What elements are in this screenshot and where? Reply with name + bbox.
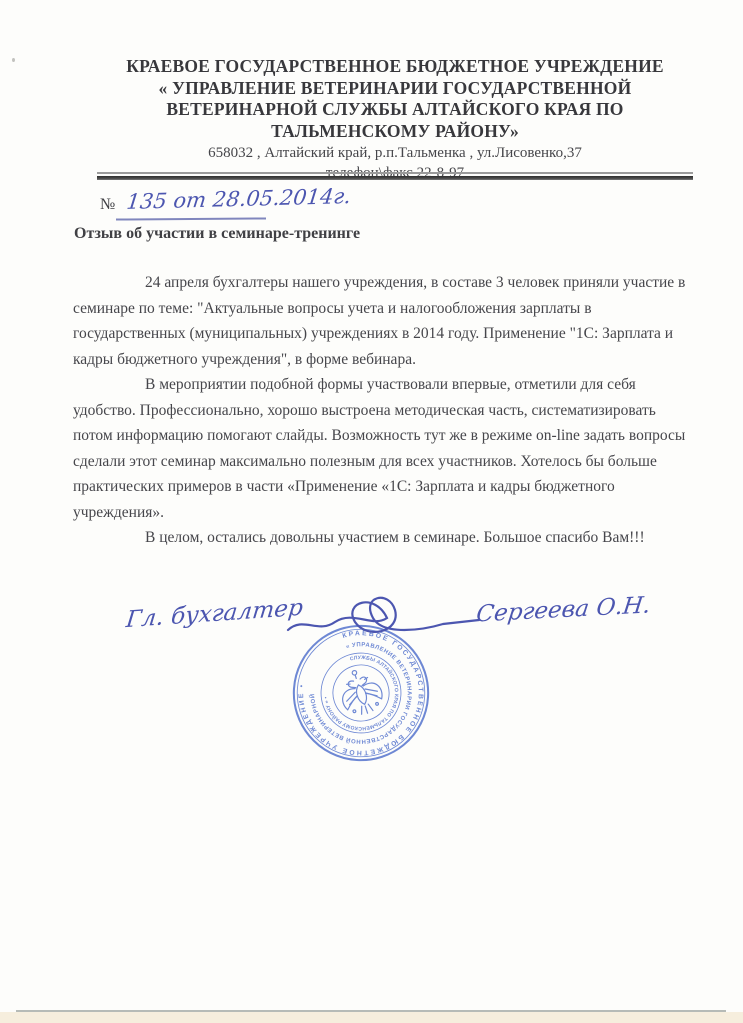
signature-role-handwritten: Гл. бухгалтер: [125, 595, 304, 633]
org-name-line-2: « УПРАВЛЕНИЕ ВЕТЕРИНАРИИ ГОСУДАРСТВЕННОЙ: [85, 78, 705, 100]
letter-body: 24 апреля бухгалтеры нашего учреждения, …: [73, 270, 695, 551]
body-paragraph-1: 24 апреля бухгалтеры нашего учреждения, …: [73, 270, 695, 372]
subject-title: Отзыв об участии в семинаре-тренинге: [74, 225, 360, 243]
body-paragraph-2: В мероприятии подобной формы участвовали…: [73, 372, 695, 525]
scan-speck: [12, 58, 15, 62]
scan-background-strip: [0, 1012, 743, 1023]
body-paragraph-3: В целом, остались довольны участием в се…: [73, 525, 695, 551]
org-name-line-3: ВЕТЕРИНАРНОЙ СЛУЖБЫ АЛТАЙСКОГО КРАЯ ПО: [85, 99, 705, 121]
doc-number-handwritten: 135 от 28.05.2014г.: [125, 184, 352, 214]
address-line: 658032 , Алтайский край, р.п.Тальменка ,…: [85, 144, 705, 162]
org-name-line-4: ТАЛЬМЕНСКОМУ РАЙОНУ»: [85, 121, 705, 143]
letterhead-divider: [97, 172, 693, 180]
eagle-icon: [335, 664, 387, 719]
letterhead: КРАЕВОЕ ГОСУДАРСТВЕННОЕ БЮДЖЕТНОЕ УЧРЕЖД…: [85, 56, 705, 182]
divider-thick-line: [97, 176, 693, 180]
doc-number-label: №: [100, 196, 115, 214]
org-name-line-1: КРАЕВОЕ ГОСУДАРСТВЕННОЕ БЮДЖЕТНОЕ УЧРЕЖД…: [85, 56, 705, 78]
scanned-letter-page: КРАЕВОЕ ГОСУДАРСТВЕННОЕ БЮДЖЕТНОЕ УЧРЕЖД…: [0, 0, 743, 1023]
doc-number-underline: [116, 217, 266, 220]
